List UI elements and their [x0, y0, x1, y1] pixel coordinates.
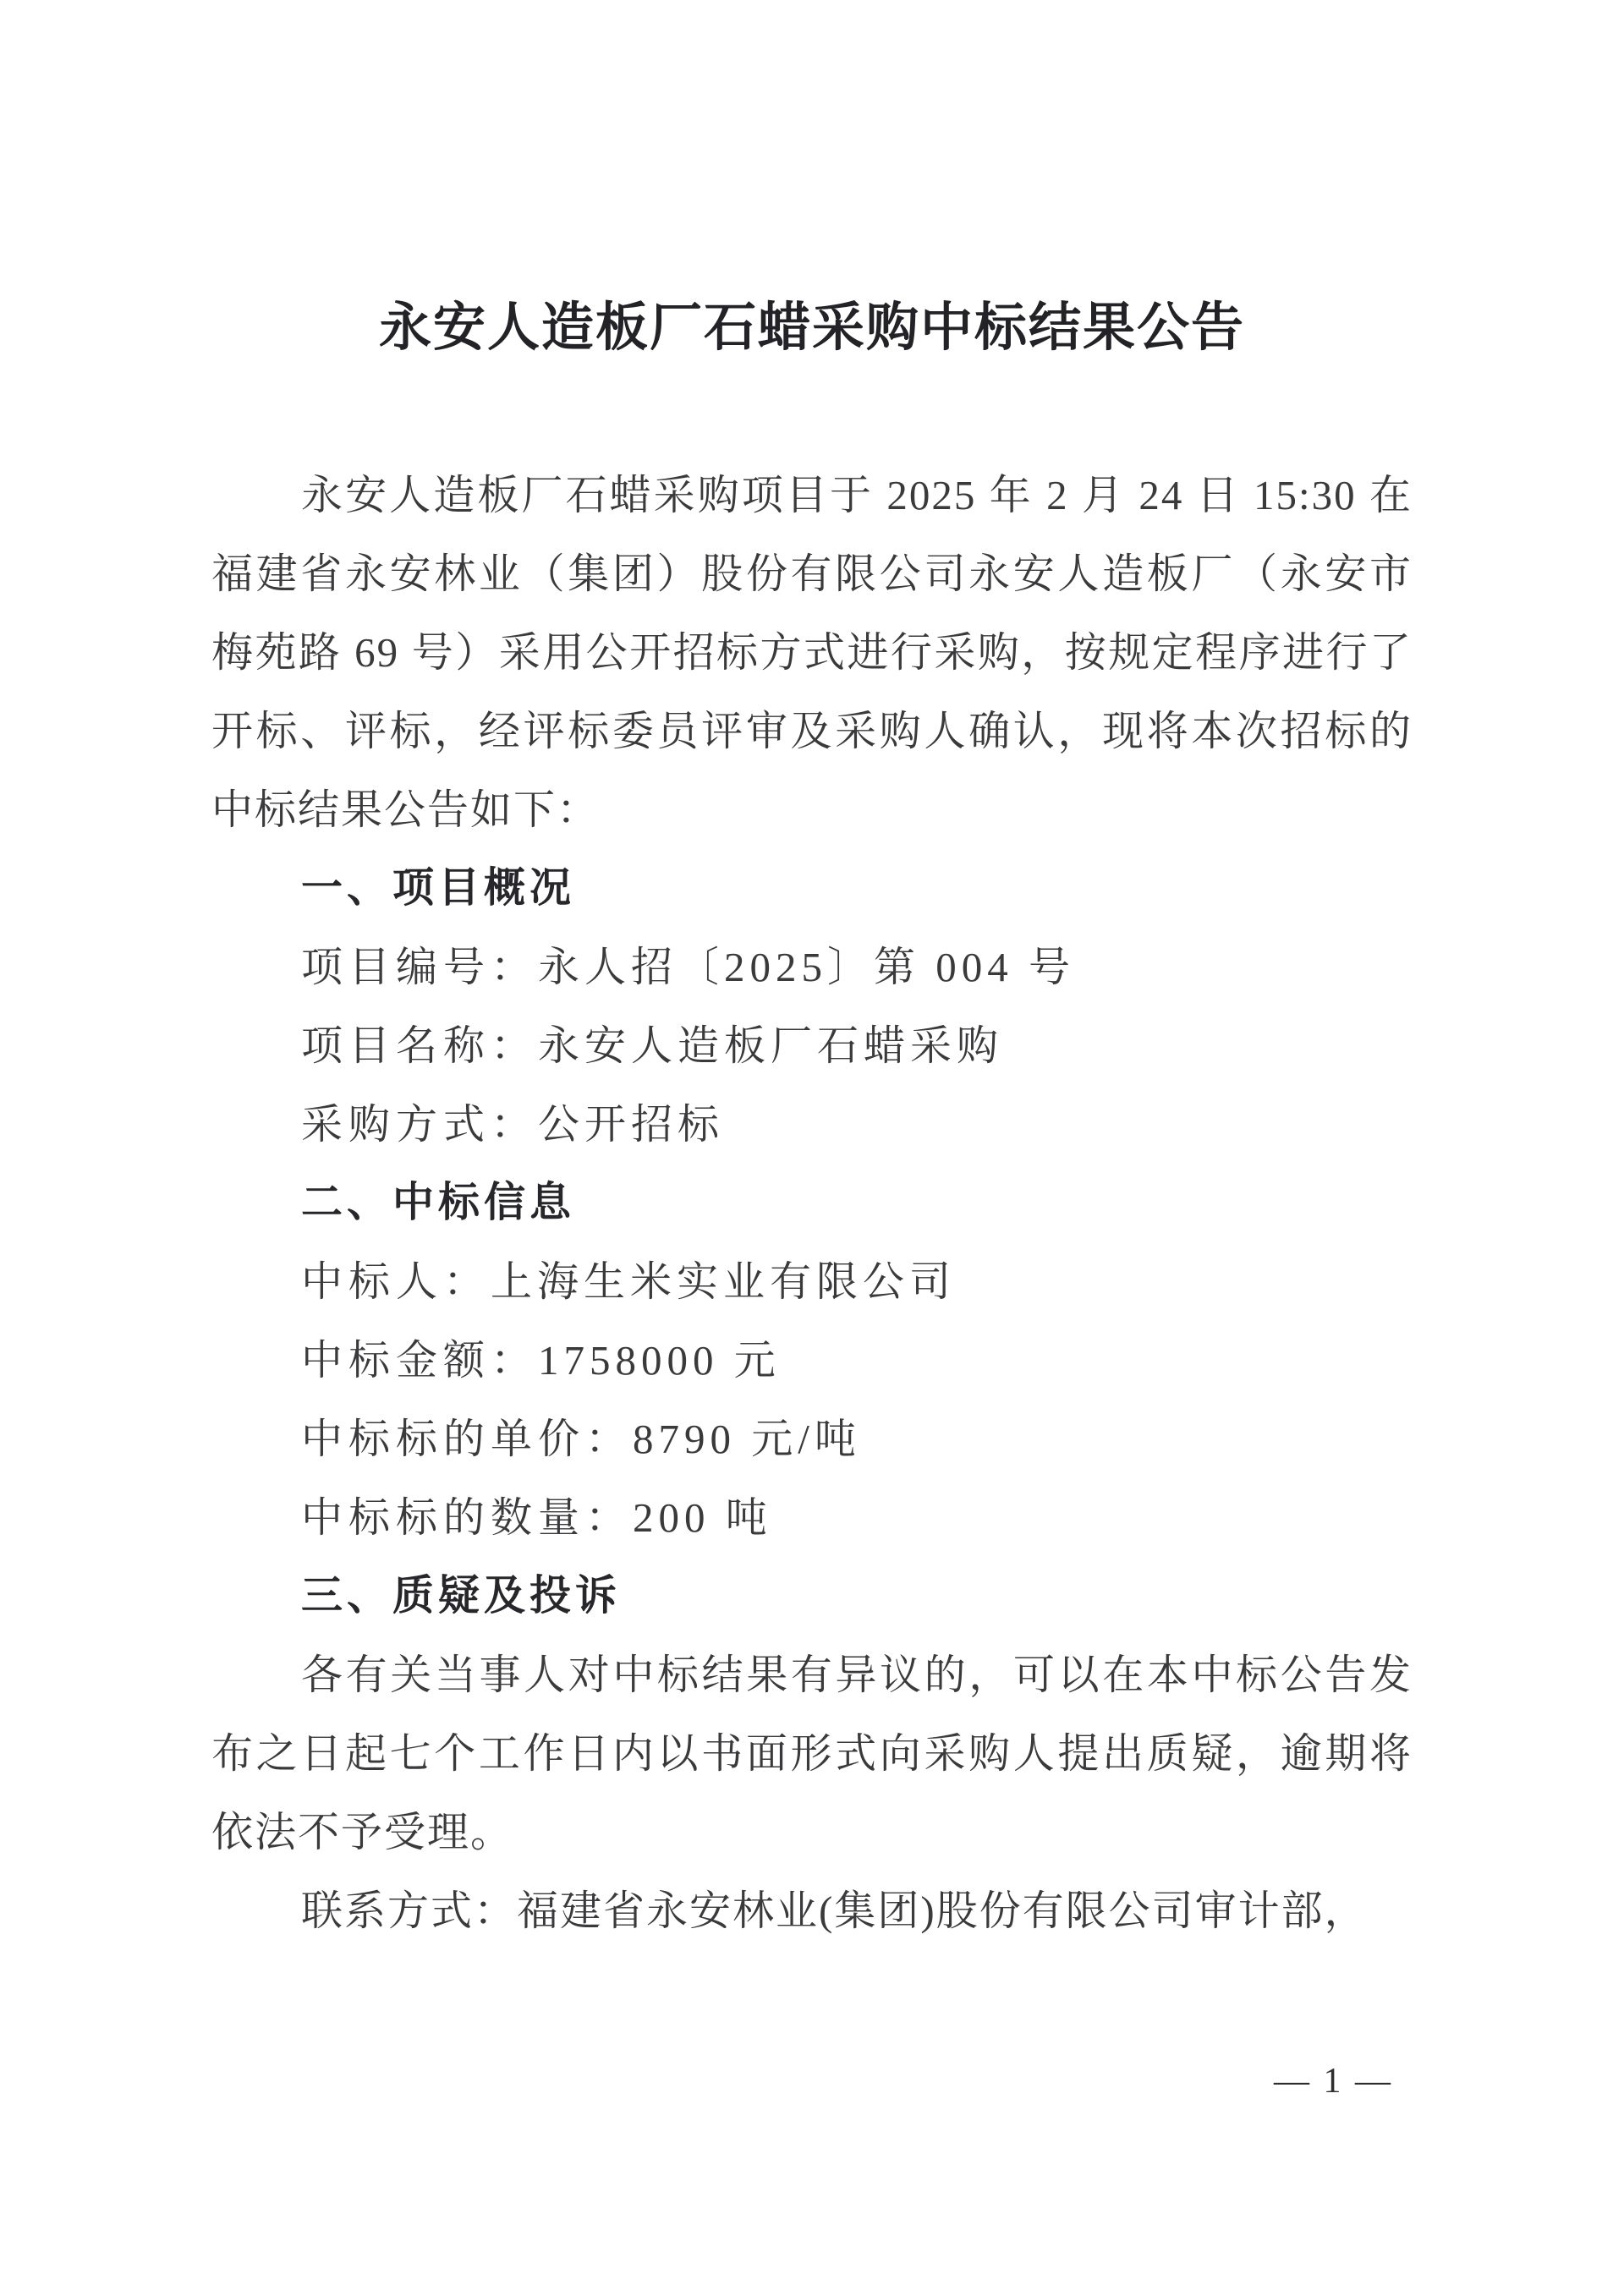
section-heading-award-info: 二、中标信息 [211, 1164, 1413, 1242]
field-project-number-label: 项目编号： [301, 944, 538, 990]
field-project-name: 项目名称：永安人造板厂石蜡采购 [211, 1006, 1413, 1085]
field-quantity: 中标标的数量：200 吨 [211, 1478, 1413, 1557]
field-procurement-method-label: 采购方式： [301, 1101, 538, 1148]
field-procurement-method-value: 公开招标 [538, 1101, 724, 1148]
field-award-amount-value: 1758000 元 [538, 1337, 781, 1384]
intro-paragraph: 永安人造板厂石蜡采购项目于 2025 年 2 月 24 日 15:30 在福建省… [211, 456, 1413, 849]
field-project-name-label: 项目名称： [301, 1022, 538, 1069]
field-procurement-method: 采购方式：公开招标 [211, 1085, 1413, 1164]
contact-paragraph: 联系方式：福建省永安林业(集团)股份有限公司审计部， [211, 1871, 1413, 1950]
field-winning-bidder: 中标人：上海生米实业有限公司 [211, 1242, 1413, 1321]
field-award-amount-label: 中标金额： [301, 1337, 538, 1384]
document-body: 永安人造板厂石蜡采购项目于 2025 年 2 月 24 日 15:30 在福建省… [211, 456, 1413, 1950]
document-title: 永安人造板厂石蜡采购中标结果公告 [211, 296, 1413, 360]
field-unit-price: 中标标的单价：8790 元/吨 [211, 1400, 1413, 1478]
field-unit-price-value: 8790 元/吨 [633, 1416, 861, 1462]
section-heading-project-overview: 一、项目概况 [211, 849, 1413, 928]
field-project-number: 项目编号：永人招〔2025〕第 004 号 [211, 928, 1413, 1006]
field-award-amount: 中标金额：1758000 元 [211, 1321, 1413, 1400]
field-project-name-value: 永安人造板厂石蜡采购 [538, 1022, 1003, 1069]
field-quantity-label: 中标标的数量： [301, 1494, 633, 1541]
field-project-number-value: 永人招〔2025〕第 004 号 [538, 944, 1075, 990]
field-winning-bidder-value: 上海生米实业有限公司 [491, 1258, 956, 1305]
field-unit-price-label: 中标标的单价： [301, 1416, 633, 1462]
section-heading-objection-complaint: 三、质疑及投诉 [211, 1557, 1413, 1636]
objection-paragraph: 各有关当事人对中标结果有异议的，可以在本中标公告发布之日起七个工作日内以书面形式… [211, 1636, 1413, 1871]
document-page: 永安人造板厂石蜡采购中标结果公告 永安人造板厂石蜡采购项目于 2025 年 2 … [0, 0, 1624, 2296]
field-quantity-value: 200 吨 [633, 1494, 772, 1541]
field-winning-bidder-label: 中标人： [301, 1258, 491, 1305]
page-number: — 1 — [1274, 2062, 1393, 2101]
